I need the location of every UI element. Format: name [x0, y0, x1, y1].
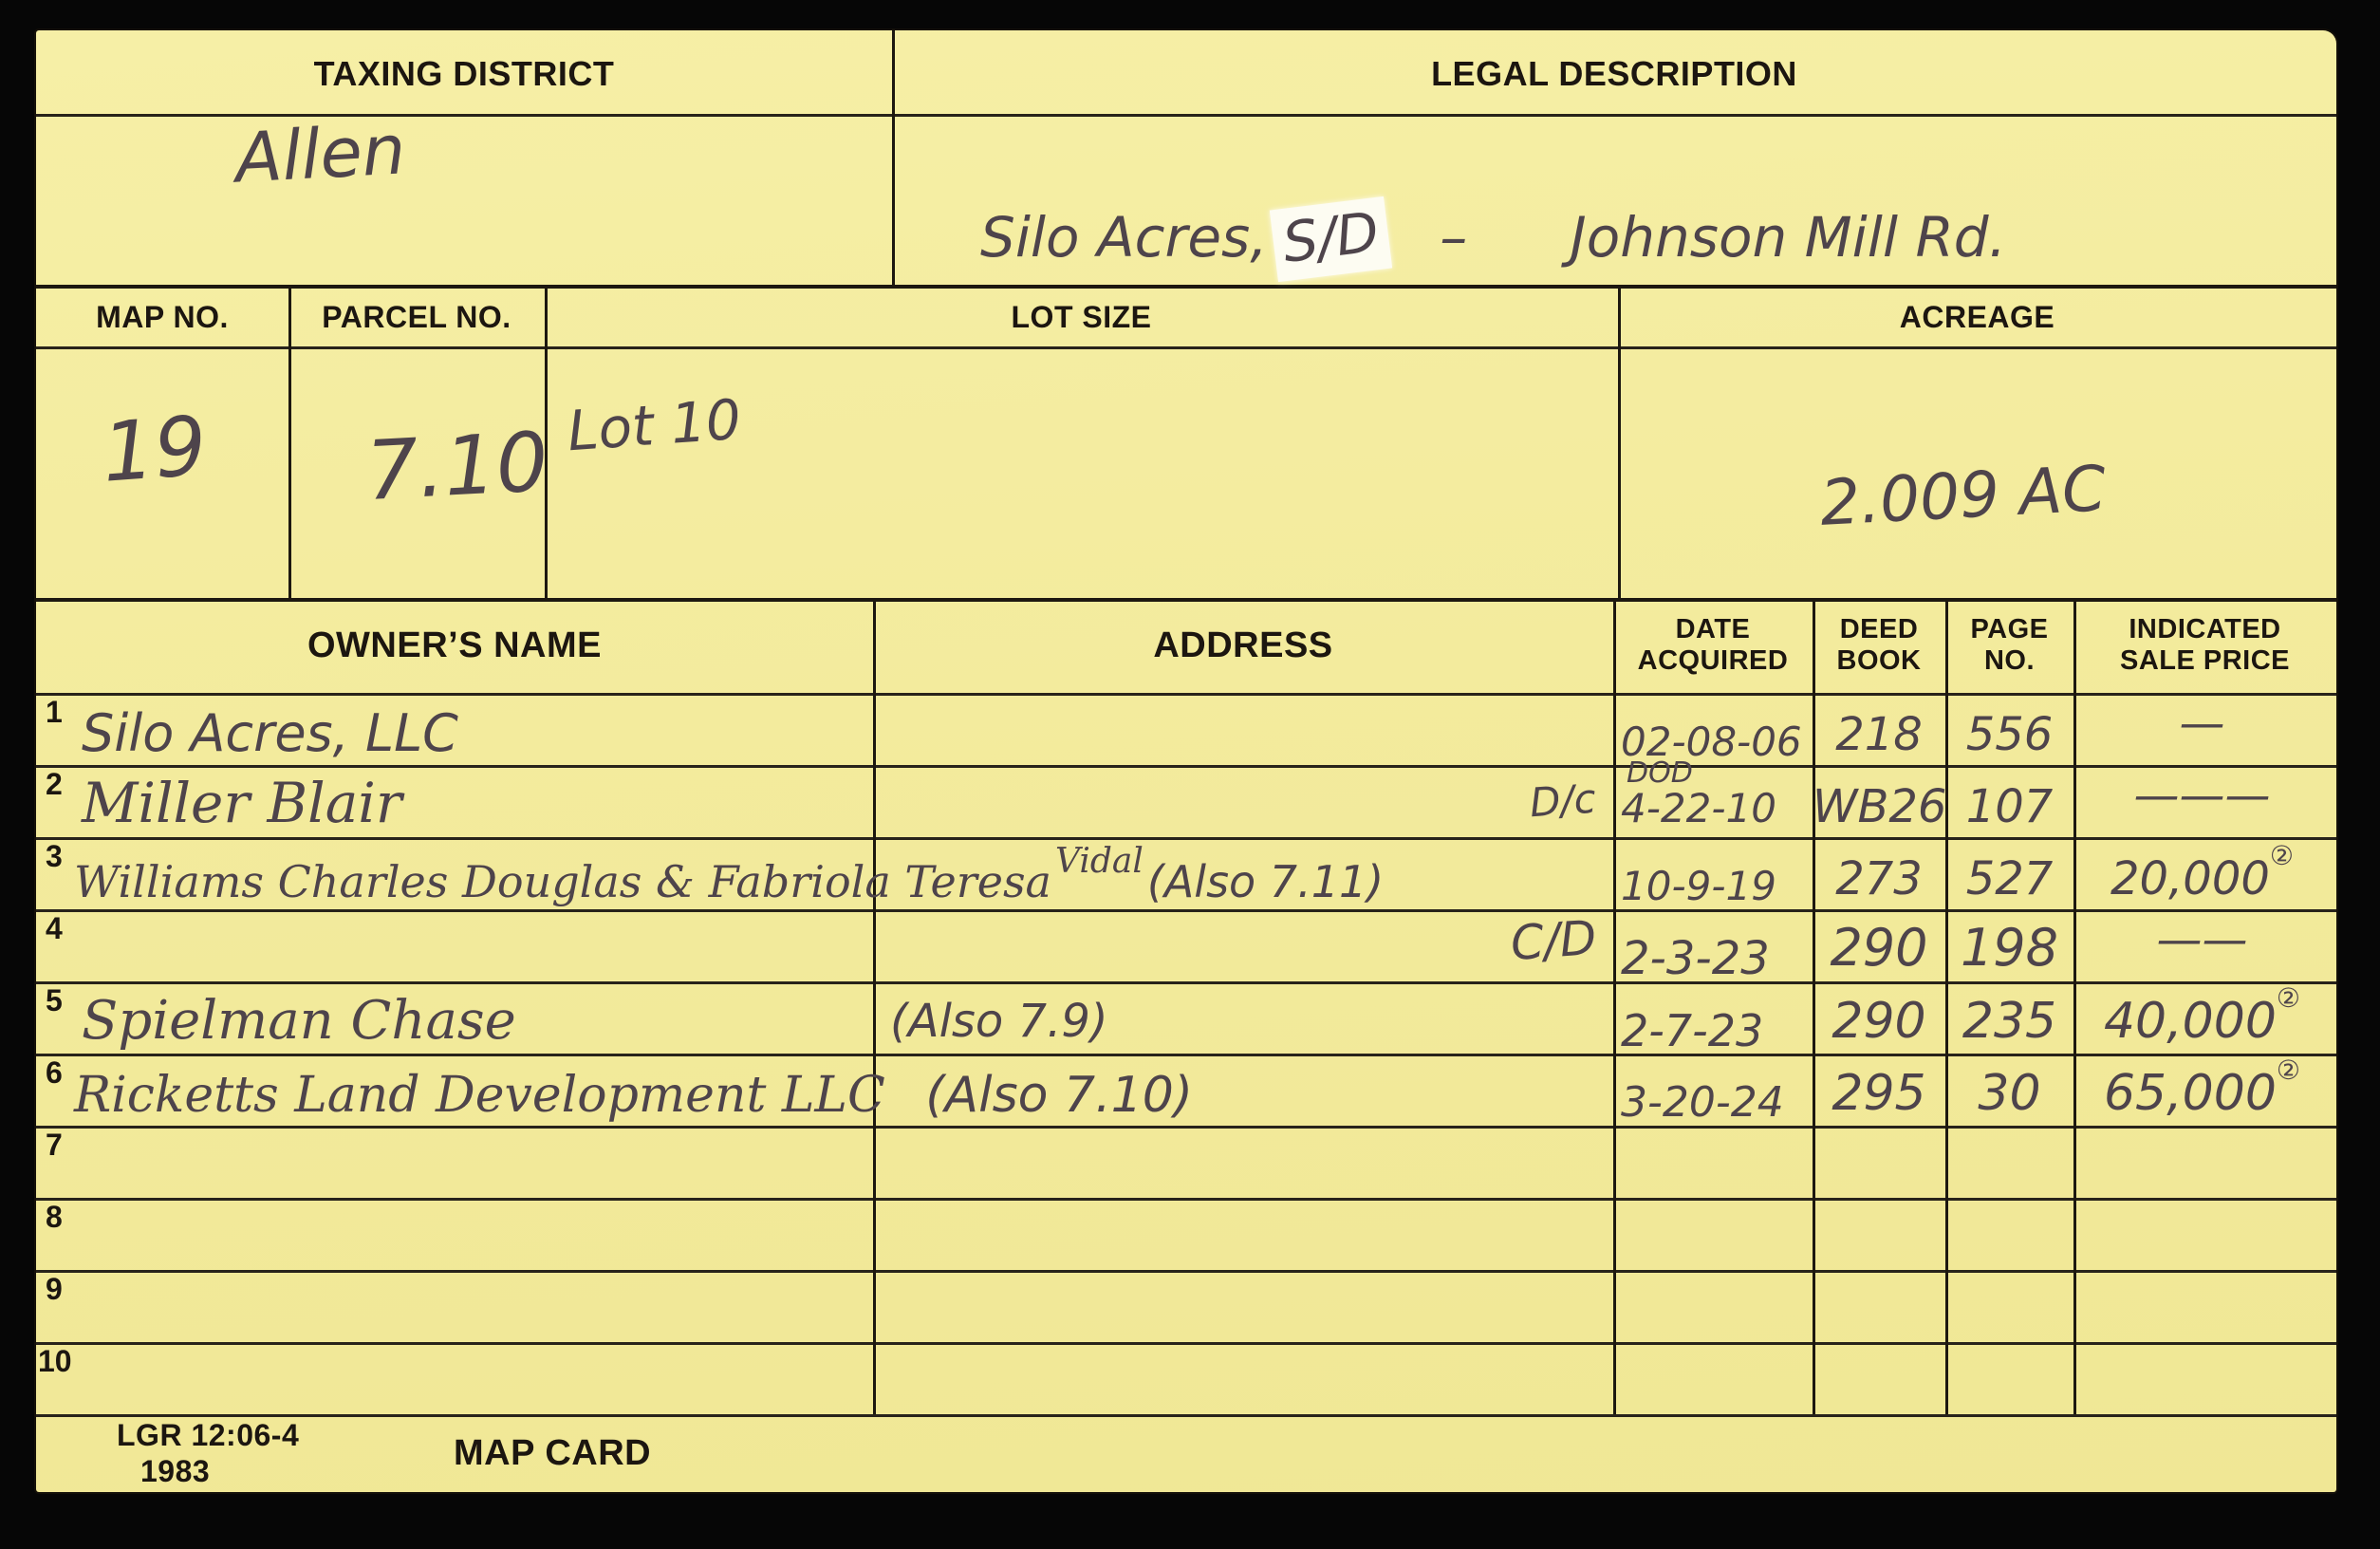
deed-book-value: 290 [1813, 918, 1945, 978]
deed-book-column-header: DEED BOOK [1813, 598, 1945, 693]
deed-book-value: 290 [1813, 993, 1945, 1050]
legal-subdivision-code: S/D [1279, 199, 1383, 275]
table-row-7: 7 [36, 1126, 2336, 1198]
row-number: 8 [46, 1200, 63, 1235]
page-no-value: 556 [1945, 708, 2073, 761]
row-number: 9 [46, 1272, 63, 1307]
sale-price-text: — [2180, 697, 2225, 750]
owner-name-value: Silo Acres, LLC [82, 703, 458, 763]
taxing-district-label: TAXING DISTRICT [36, 44, 892, 104]
date-acquired-value: 2-3-23 [1621, 936, 1770, 981]
card-title-label: MAP CARD [454, 1433, 651, 1474]
page-no-value: 30 [1945, 1065, 2073, 1122]
owner-name-column-header: OWNER’S NAME [36, 598, 873, 693]
whiteout-patch: S/D [1270, 196, 1392, 282]
row-number: 10 [38, 1344, 72, 1379]
row-number: 1 [46, 695, 63, 730]
page-no-value: 527 [1945, 852, 2073, 905]
table-row-6: 6 Ricketts Land Development LLC (Also 7.… [36, 1054, 2336, 1126]
sale-price-footnote: ② [2277, 1054, 2300, 1086]
address-note-value: C/D [1509, 910, 1598, 971]
date-acquired-value: 10-9-19 [1621, 864, 1776, 909]
legal-description-label: LEGAL DESCRIPTION [892, 44, 2336, 104]
table-row-4: 4 C/D 2-3-23 290 198 —— [36, 909, 2336, 981]
owner-suffix-note: (Also 7.11) [1147, 856, 1384, 907]
sale-price-value: ——— [2076, 769, 2328, 822]
page-no-value: 235 [1945, 993, 2073, 1050]
sale-price-text: ——— [2134, 769, 2271, 822]
row-number: 3 [46, 839, 63, 874]
owner-interline-note: Vidal [1055, 842, 1144, 881]
page-no-column-header: PAGE NO. [1945, 598, 2073, 693]
deed-book-value: 295 [1813, 1065, 1945, 1122]
address-column-header: ADDRESS [873, 598, 1613, 693]
deed-book-value: 218 [1813, 708, 1945, 761]
owner-name-value: Miller Blair [82, 771, 402, 835]
date-acquired-cell: 10-9-19 [1621, 864, 1811, 909]
date-acquired-value: 2-7-23 [1621, 1008, 1763, 1054]
taxing-district-value: Allen [233, 109, 407, 197]
sale-price-footnote: ② [2277, 982, 2300, 1014]
row-number: 4 [46, 911, 63, 946]
date-acquired-value: 4-22-10 [1621, 786, 1776, 831]
form-code-label: LGR 12:06-4 [117, 1418, 299, 1453]
sale-price-value: — [2076, 697, 2328, 750]
row-line-10 [36, 1414, 2336, 1417]
address-note-value: D/c [1529, 775, 1598, 827]
table-row-3: 3 Williams Charles Douglas & Fabriola Te… [36, 837, 2336, 909]
form-year-label: 1983 [140, 1454, 210, 1489]
date-acquired-value: 3-20-24 [1621, 1080, 1784, 1126]
owner-name-text: Ricketts Land Development LLC [74, 1067, 885, 1124]
row-number: 5 [46, 983, 63, 1018]
sale-price-text: —— [2157, 913, 2248, 966]
table-row-8: 8 [36, 1198, 2336, 1270]
sale-price-value: 40,000② [2076, 993, 2328, 1050]
legal-subdivision-text: Silo Acres, [980, 205, 1268, 270]
parcel-no-value: 7.10 [364, 415, 550, 519]
page-no-value: 107 [1945, 780, 2073, 833]
sale-price-text: 40,000 [2104, 993, 2277, 1050]
table-row-1: 1 Silo Acres, LLC 02-08-06 218 556 — [36, 693, 2336, 765]
row-number: 2 [46, 767, 63, 802]
sale-price-value: —— [2076, 913, 2328, 966]
divider-under-parcel-headers [36, 346, 2336, 349]
sale-price-text: 65,000 [2104, 1065, 2277, 1122]
date-acquired-cell: 2-3-23 [1621, 936, 1811, 981]
table-row-9: 9 [36, 1270, 2336, 1342]
date-acquired-cell: DOD 4-22-10 [1621, 761, 1811, 831]
legal-separator-dash: – [1440, 205, 1467, 270]
sale-price-text: 20,000 [2110, 852, 2270, 905]
parcel-no-label: PARCEL NO. [288, 292, 545, 342]
row-number: 6 [46, 1055, 63, 1091]
divider-top-band-bottom [36, 285, 2336, 289]
date-acquired-cell: 2-7-23 [1621, 1008, 1811, 1054]
scanned-document-background: { "header": { "taxing_district_label": "… [0, 0, 2380, 1549]
address-value: (Also 7.9) [890, 995, 1108, 1048]
acreage-label: ACREAGE [1618, 292, 2336, 342]
indicated-sale-price-column-header: INDICATED SALE PRICE [2073, 598, 2336, 693]
owner-name-text: Williams Charles Douglas & Fabriola Tere… [74, 856, 1051, 907]
table-row-2: 2 Miller Blair D/c DOD 4-22-10 WB26 107 … [36, 765, 2336, 837]
deed-book-value: 273 [1813, 852, 1945, 905]
sale-price-footnote: ② [2270, 840, 2294, 871]
property-map-card: TAXING DISTRICT LEGAL DESCRIPTION Allen … [36, 30, 2336, 1492]
row-number: 7 [46, 1128, 63, 1163]
page-no-value: 198 [1945, 918, 2073, 978]
map-no-value: 19 [100, 399, 210, 500]
sale-price-value: 65,000② [2076, 1065, 2328, 1122]
owner-name-value: Spielman Chase [82, 990, 516, 1052]
acreage-value: 2.009 AC [1818, 452, 2108, 540]
deed-book-value: WB26 [1813, 780, 1945, 833]
date-acquired-cell: 3-20-24 [1621, 1080, 1811, 1126]
lot-size-value: Lot 10 [566, 387, 743, 464]
date-note-value: DOD [1627, 761, 1693, 786]
sale-price-value: 20,000② [2076, 852, 2328, 905]
owner-name-value: Ricketts Land Development LLC (Also 7.10… [74, 1067, 1193, 1124]
table-row-10: 10 [36, 1342, 2336, 1414]
table-row-5: 5 Spielman Chase (Also 7.9) 2-7-23 290 2… [36, 981, 2336, 1054]
lot-size-label: LOT SIZE [545, 292, 1618, 342]
owner-name-value: Williams Charles Douglas & Fabriola Tere… [74, 856, 1384, 907]
legal-description-value: Silo Acres,S/D – Johnson Mill Rd. [980, 203, 2006, 275]
legal-road-text: Johnson Mill Rd. [1571, 205, 2006, 270]
owner-suffix-note: (Also 7.10) [925, 1067, 1193, 1124]
map-no-label: MAP NO. [36, 292, 288, 342]
date-acquired-column-header: DATE ACQUIRED [1613, 598, 1813, 693]
